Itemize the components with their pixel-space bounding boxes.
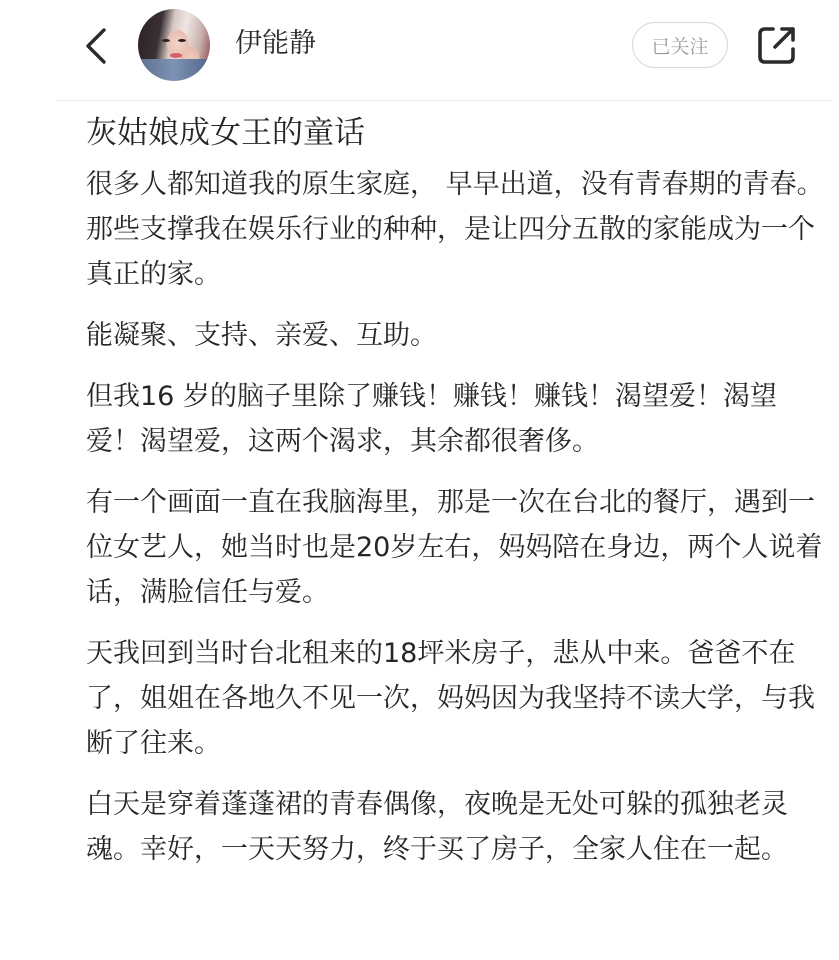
paragraph: 白天是穿着蓬蓬裙的青春偶像，夜晚是无处可躲的孤独老灵魂。幸好，一天天努力，终于买… <box>86 782 826 872</box>
top-bar: 伊能静 已关注 <box>0 0 839 100</box>
avatar-shirt <box>138 59 210 81</box>
paragraph: 但我16 岁的脑子里除了赚钱！赚钱！赚钱！渴望爱！渴望爱！渴望爱，这两个渴求，其… <box>86 374 826 464</box>
spacer <box>86 615 826 631</box>
chevron-left-icon <box>80 24 114 68</box>
paragraph: 能凝聚、支持、亲爱、互助。 <box>86 313 826 358</box>
article-body: 灰姑娘成女王的童话 很多人都知道我的原生家庭， 早早出道，没有青春期的青春。 那… <box>86 110 826 872</box>
paragraph: 有一个画面一直在我脑海里，那是一次在台北的餐厅，遇到一位女艺人，她当时也是20岁… <box>86 480 826 615</box>
spacer <box>86 358 826 374</box>
back-button[interactable] <box>80 24 114 68</box>
avatar-eye <box>162 39 170 42</box>
avatar[interactable] <box>138 9 210 81</box>
share-button[interactable] <box>756 24 798 66</box>
article-title: 灰姑娘成女王的童话 <box>86 110 826 156</box>
paragraph: 那些支撑我在娱乐行业的种种，是让四分五散的家能成为一个真正的家。 <box>86 207 826 297</box>
avatar-lips <box>170 53 182 58</box>
spacer <box>86 766 826 782</box>
spacer <box>86 297 826 313</box>
avatar-eye <box>178 39 186 42</box>
header-divider <box>56 100 832 101</box>
external-share-icon <box>756 24 798 66</box>
paragraph: 天我回到当时台北租来的18坪米房子，悲从中来。爸爸不在了，姐姐在各地久不见一次，… <box>86 631 826 766</box>
spacer <box>86 464 826 480</box>
following-button[interactable]: 已关注 <box>632 22 728 68</box>
paragraph: 很多人都知道我的原生家庭， 早早出道，没有青春期的青春。 <box>86 162 826 207</box>
username[interactable]: 伊能静 <box>235 26 316 62</box>
